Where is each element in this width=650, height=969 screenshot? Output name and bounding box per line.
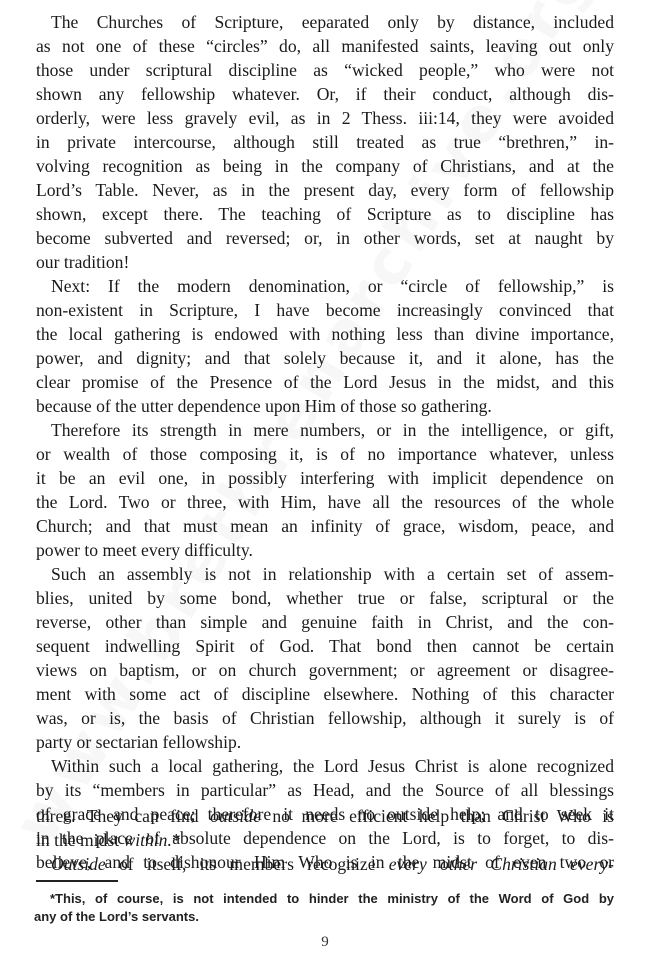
footnote-line: any of the Lord’s servants. — [34, 907, 614, 927]
text-line: Church; and that must mean an infinity o… — [36, 514, 614, 538]
text-line: those under scriptural discipline as “wi… — [36, 58, 614, 82]
text-line: it be an evil one, in possibly interferi… — [36, 466, 614, 490]
text-line: The Churches of Scripture, eeparated onl… — [51, 10, 614, 34]
italic-span: every other Christian every- — [389, 854, 614, 874]
text-line: shown, except there. The teaching of Scr… — [36, 202, 614, 226]
text-line: by its “members in particular” as Head, … — [36, 778, 614, 802]
text-line-with-italic: three. They can find outside no more eff… — [36, 804, 614, 828]
text-line-with-italic: Outside of itself, its members recognize… — [51, 852, 614, 876]
text-span: three. They can find — [36, 806, 210, 826]
italic-span: within. — [123, 830, 171, 850]
text-line: reverse, other than simple and genuine f… — [36, 610, 614, 634]
text-line: the local gathering is endowed with noth… — [36, 322, 614, 346]
text-line: in private intercourse, although still t… — [36, 130, 614, 154]
text-line: views on baptism, or on church governmen… — [36, 658, 614, 682]
italic-span: Outside — [51, 854, 106, 874]
text-span: in the midst — [36, 830, 123, 850]
text-line: Next: If the modern denomination, or “ci… — [51, 274, 614, 298]
text-line: because of the utter dependence upon Him… — [36, 394, 614, 418]
text-line: non-existent in Scripture, I have become… — [36, 298, 614, 322]
text-line: Lord’s Table. Never, as in the present d… — [36, 178, 614, 202]
text-line: become subverted and reversed; or, in ot… — [36, 226, 614, 250]
text-line: was, or is, the basis of Christian fello… — [36, 706, 614, 730]
footnote-line: *This, of course, is not intended to hin… — [50, 889, 614, 909]
text-line-with-italic: in the midst within.* — [36, 828, 614, 852]
text-line: as not one of these “circles” do, all ma… — [36, 34, 614, 58]
text-span: no more efficient help than Christ Who i… — [261, 806, 614, 826]
text-line: volving recognition as being in the comp… — [36, 154, 614, 178]
text-line: Therefore its strength in mere numbers, … — [51, 418, 614, 442]
text-line: ment with some act of discipline elsewhe… — [36, 682, 614, 706]
text-line: Such an assembly is not in relationship … — [51, 562, 614, 586]
text-line: blies, united by some bond, whether true… — [36, 586, 614, 610]
text-line: or wealth of those composing it, is of n… — [36, 442, 614, 466]
text-line: Within such a local gathering, the Lord … — [51, 754, 614, 778]
text-line: orderly, were less gravely evil, as in 2… — [36, 106, 614, 130]
text-line: sequent indwelling Spirit of God. That b… — [36, 634, 614, 658]
footnote-marker: * — [172, 830, 181, 850]
text-line: the Lord. Two or three, with Him, have a… — [36, 490, 614, 514]
footnote-rule — [36, 880, 118, 882]
text-line: shown any fellowship whatever. Or, if th… — [36, 82, 614, 106]
text-line: clear promise of the Presence of the Lor… — [36, 370, 614, 394]
italic-span: outside — [210, 806, 261, 826]
page-number: 9 — [0, 934, 650, 951]
text-line: our tradition! — [36, 250, 614, 274]
text-span: of itself, its members recognize — [106, 854, 389, 874]
text-line: power, and dignity; and that solely beca… — [36, 346, 614, 370]
text-line: party or sectarian fellowship. — [36, 730, 614, 754]
text-line: power to meet every difficulty. — [36, 538, 614, 562]
